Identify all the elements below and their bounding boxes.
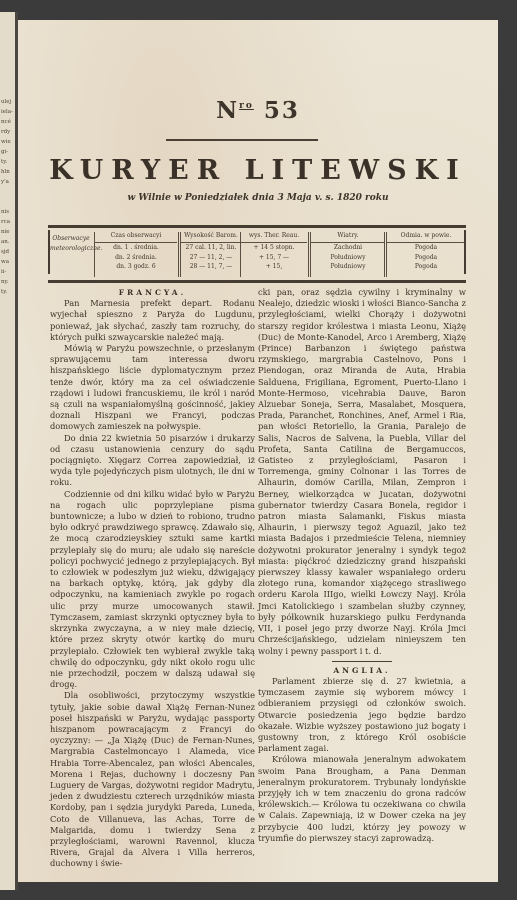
cell: dn. 3 godz. 6 xyxy=(95,262,177,272)
cell: 27 — 11, 2, — xyxy=(181,253,241,263)
weather-col-time: Czas obserwacyi dn. 1 . średnia. dn. 2 ś… xyxy=(94,232,177,277)
issue-number-value: 53 xyxy=(264,97,300,124)
section-heading-anglia: ANGLIA. xyxy=(258,665,466,676)
adjacent-page-text: an. xyxy=(1,237,10,247)
adjacent-page-text: ncé xyxy=(1,117,11,127)
weather-col-thermometer: wys. Ther. Reau. + 14 5 stopn. + 15, 7 —… xyxy=(240,232,307,277)
adjacent-page-text: rdy xyxy=(1,127,10,137)
newspaper-title: KURYER LITEWSKI xyxy=(18,155,498,186)
cell: dn. 2 średnia. xyxy=(95,253,177,263)
col-header: Wysokość Barom. xyxy=(181,232,241,243)
article-paragraph-continued: cki pan, oraz sędzia cywilny i kryminaln… xyxy=(258,287,466,657)
issue-number-prefix: N xyxy=(216,97,239,124)
masthead-rule xyxy=(166,139,318,141)
cell: Zachodni xyxy=(311,243,385,253)
adjacent-page-text: sjd xyxy=(1,247,9,257)
adjacent-page-edge: ulej iela- ncé rdy wie gi- ty. hln y'a n… xyxy=(0,12,16,890)
cell: 27 cal. 11, 2, lin. xyxy=(181,243,241,253)
adjacent-page-text: ny. xyxy=(1,277,9,287)
article-paragraph: Mówią w Paryżu powszechnie, o przesłanym… xyxy=(50,343,255,433)
dateline: w Wilnie w Poniedziałek dnia 3 Maja v. s… xyxy=(18,193,498,203)
article-paragraph: Pan Marnesia prefekt depart. Rodanu wyje… xyxy=(50,298,255,343)
article-paragraph: Parlament zbierze się d. 27 kwietnia, a … xyxy=(258,676,466,754)
adjacent-page-text: ii- xyxy=(1,267,6,277)
col-header: Wiatry. xyxy=(311,232,385,243)
article-column-left: FRANCYA. Pan Marnesia prefekt depart. Ro… xyxy=(50,287,255,870)
adjacent-page-text: wa xyxy=(1,257,9,267)
article-paragraph: Królowa mianowała jeneralnym adwokatem s… xyxy=(258,754,466,844)
adjacent-page-text: nie xyxy=(1,227,10,237)
weather-table-label: Obserwacye meteorologiczne. xyxy=(50,234,92,254)
cell: Pogoda xyxy=(387,262,465,272)
adjacent-page-text: nis xyxy=(1,207,9,217)
issue-number: Nro 53 xyxy=(18,97,498,124)
cell: Południowy xyxy=(311,253,385,263)
weather-table: Obserwacye meteorologiczne. Czas obserwa… xyxy=(48,225,466,283)
section-divider xyxy=(332,661,392,662)
article-paragraph: Dla osobliwości, przytoczymy wszystkie t… xyxy=(50,690,255,869)
adjacent-page-text: rca xyxy=(1,217,10,227)
cell: + 14 5 stopn. xyxy=(241,243,307,253)
cell: Południowy xyxy=(311,262,385,272)
weather-col-conditions: Odmia. w powie. Pogoda Pogoda Pogoda xyxy=(384,232,465,277)
cell: 28 — 11, 7, — xyxy=(181,262,241,272)
adjacent-page-text: hln xyxy=(1,167,10,177)
col-header: Odmia. w powie. xyxy=(387,232,465,243)
adjacent-page-text: ty. xyxy=(1,157,7,167)
article-paragraph: Do dnia 22 kwietnia 50 pisarzów i drukar… xyxy=(50,433,255,489)
col-header: Czas obserwacyi xyxy=(95,232,177,243)
cell: + 15, 7 — xyxy=(241,253,307,263)
col-header: wys. Ther. Reau. xyxy=(241,232,307,243)
section-heading-francya: FRANCYA. xyxy=(50,287,255,298)
adjacent-page-text: ty. xyxy=(1,287,7,297)
cell: + 15, xyxy=(241,262,307,272)
weather-col-wind: Wiatry. Zachodni Południowy Południowy xyxy=(308,232,385,277)
cell: Pogoda xyxy=(387,243,465,253)
article-column-right: cki pan, oraz sędzia cywilny i kryminaln… xyxy=(258,287,466,844)
table-bracket-right xyxy=(464,230,466,274)
issue-number-sup: ro xyxy=(239,101,254,111)
newspaper-page: Nro 53 KURYER LITEWSKI w Wilnie w Ponied… xyxy=(18,20,498,882)
adjacent-page-text: gi- xyxy=(1,147,8,157)
adjacent-page-text: ulej xyxy=(1,97,11,107)
adjacent-page-text: y'a xyxy=(1,177,9,187)
article-paragraph: Codziennie od dni kilku widać było w Par… xyxy=(50,489,255,691)
adjacent-page-text: wie xyxy=(1,137,11,147)
cell: dn. 1 . średnia. xyxy=(95,243,177,253)
cell: Pogoda xyxy=(387,253,465,263)
adjacent-page-text: iela- xyxy=(1,107,13,117)
weather-col-barometer: Wysokość Barom. 27 cal. 11, 2, lin. 27 —… xyxy=(178,232,241,277)
